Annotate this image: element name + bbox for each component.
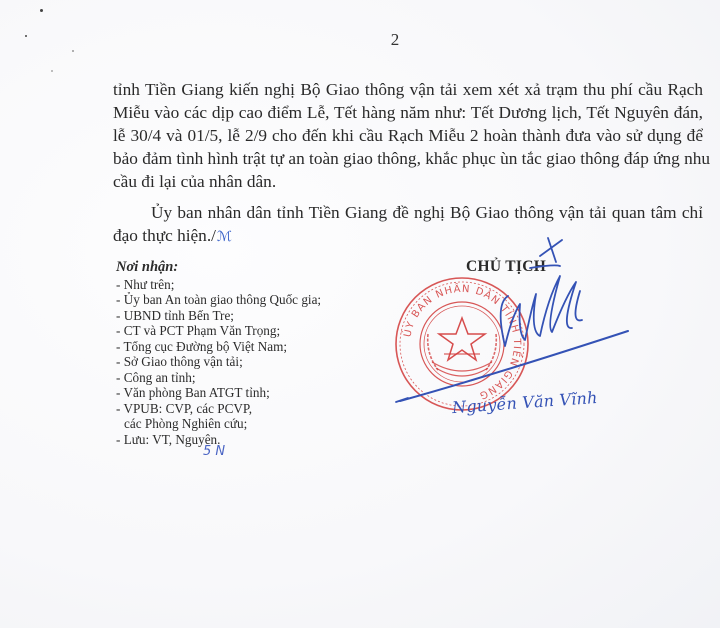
recipient-item: - UBND tỉnh Bến Tre; [116,308,386,324]
recipients-list: Nơi nhận: - Như trên; - Ủy ban An toàn g… [116,260,386,447]
body-line: tỉnh Tiền Giang kiến nghị Bộ Giao thông … [113,78,703,101]
recipient-item: - Lưu: VT, Nguyên. [116,432,386,448]
closing-line: đạo thực hiện./ [113,226,216,245]
handwritten-note: 5 N [203,444,225,459]
scanned-page: 2 tỉnh Tiền Giang kiến nghị Bộ Giao thôn… [0,0,720,628]
recipient-item: - Như trên; [116,277,386,293]
recipients-label: Nơi nhận: [116,260,386,276]
scan-speck [40,9,43,12]
recipient-item: - Văn phòng Ban ATGT tỉnh; [116,385,386,401]
recipient-item: các Phòng Nghiên cứu; [116,416,386,432]
recipient-item: - Sở Giao thông vận tải; [116,354,386,370]
body-line: Miễu vào các dịp cao điểm Lễ, Tết hàng n… [113,101,703,124]
recipient-item: - Công an tỉnh; [116,370,386,386]
page-number: 2 [0,30,720,50]
body-line: cầu đi lại của nhân dân. [113,170,703,193]
body-line: bảo đảm tình hình trật tự an toàn giao t… [113,147,703,170]
main-paragraph: tỉnh Tiền Giang kiến nghị Bộ Giao thông … [113,78,703,193]
body-line: lễ 30/4 và 01/5, lễ 2/9 cho đến khi cầu … [113,124,703,147]
closing-line: Ủy ban nhân dân tỉnh Tiền Giang đề nghị … [113,201,703,224]
recipient-item: - VPUB: CVP, các PCVP, [116,401,386,417]
body-text: tỉnh Tiền Giang kiến nghị Bộ Giao thông … [113,78,703,249]
handwritten-initials: ℳ [217,229,232,245]
scan-speck [51,70,53,72]
scan-speck [72,50,74,52]
recipient-item: - CT và PCT Phạm Văn Trọng; [116,323,386,339]
recipient-item: - Ủy ban An toàn giao thông Quốc gia; [116,292,386,308]
recipient-item: - Tổng cục Đường bộ Việt Nam; [116,339,386,355]
